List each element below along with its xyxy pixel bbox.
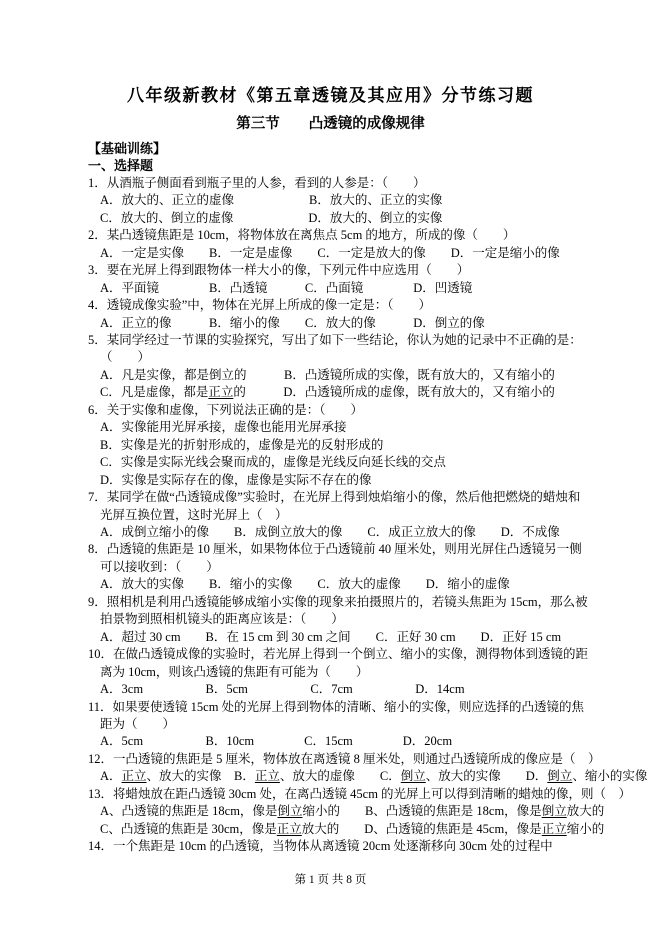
underlined-keyword: 正立 — [542, 822, 567, 836]
document-page: 八年级新教材《第五章透镜及其应用》分节练习题 第三节 凸透镜的成像规律 【基础训… — [0, 0, 661, 935]
text-segment: A．平面镜 B．凸透镜 C．凸面镜 D．凹透镜 — [100, 281, 472, 295]
question-line: 6．关于实像和虚像，下列说法正确的是：（ ） — [88, 402, 661, 419]
text-segment: A．实像能用光屏承接，虚像也能用光屏承接 — [100, 420, 347, 434]
underlined-keyword: 正立 — [122, 769, 147, 783]
option-line: A．成倒立缩小的像 B．成倒立放大的像 C．成正立放大的像 D．不成像 — [88, 524, 661, 541]
text-segment: 2．某凸透镜焦距是 10cm，将物体放在离焦点 5cm 的地方，所成的像（ ） — [88, 228, 515, 242]
underlined-keyword: 倒立 — [542, 804, 567, 818]
question-line: 11．如果要使透镜 15cm 处的光屏上得到物体的清晰、缩小的实像，则应选择的凸… — [88, 699, 661, 716]
page-footer: 第 1 页 共 8 页 — [0, 871, 661, 887]
text-segment: 距为（ ） — [100, 717, 175, 731]
option-line: A．一定是实像 B．一定是虚像 C．一定是放大的像 D．一定是缩小的像 — [88, 245, 661, 262]
text-segment: A．一定是实像 B．一定是虚像 C．一定是放大的像 D．一定是缩小的像 — [100, 246, 560, 260]
text-segment: A．放大的实像 B．缩小的实像 C．放大的虚像 D．缩小的虚像 — [100, 577, 510, 591]
text-segment: 10．在做凸透镜成像的实验时，若光屏上得到一个倒立、缩小的实像，测得物体到透镜的… — [88, 647, 588, 661]
underlined-keyword: 倒立 — [401, 769, 426, 783]
question-line: 4．透镜成像实验”中，物体在光屏上所成的像一定是：（ ） — [88, 297, 661, 314]
text-segment: D．实像是实际存在的像，虚像是实际不存在的像 — [100, 473, 372, 487]
text-segment: 、放大的实像 D． — [426, 769, 548, 783]
text-segment: 9．照相机是利用凸透镜能够成缩小实像的现象来拍摄照片的，若镜头焦距为 15cm，… — [88, 595, 588, 609]
option-line: A．超过 30 cm B．在 15 cm 到 30 cm 之间 C．正好 30 … — [88, 629, 661, 646]
heading-line: 【基础训练】 — [88, 140, 661, 157]
question-line: 1．从酒瓶子侧面看到瓶子里的人参，看到的人参是：（ ） — [88, 175, 661, 192]
question-line: 14．一个焦距是 10cm 的凸透镜，当物体从离透镜 20cm 处逐渐移向 30… — [88, 838, 661, 855]
option-line: 距为（ ） — [88, 716, 661, 733]
option-line: A．凡是实像，都是倒立的 B．凸透镜所成的实像，既有放大的，又有缩小的 — [88, 367, 661, 384]
text-segment: （ ） — [100, 350, 150, 364]
text-segment: 3．要在光屏上得到跟物体一样大小的像，下列元件中应选用（ ） — [88, 263, 469, 277]
question-line: 8．凸透镜的焦距是 10 厘米，如果物体位于凸透镜前 40 厘米处，则用光屏住凸… — [88, 541, 661, 558]
option-line: A．实像能用光屏承接，虚像也能用光屏承接 — [88, 419, 661, 436]
text-segment: 、放大的实像 B． — [147, 769, 255, 783]
text-segment: 6．关于实像和虚像，下列说法正确的是：（ ） — [88, 403, 363, 417]
text-segment: 缩小的 B、凸透镜的焦距是 18cm，像是 — [302, 804, 541, 818]
option-line: A．5cm B．10cm C．15cm D．20cm — [88, 733, 661, 750]
heading-line: 一、选择题 — [88, 157, 661, 174]
section-title: 第三节 凸透镜的成像规律 — [0, 114, 661, 134]
option-line: A、凸透镜的焦距是 18cm，像是倒立缩小的 B、凸透镜的焦距是 18cm，像是… — [88, 803, 661, 820]
option-line: A．平面镜 B．凸透镜 C．凸面镜 D．凹透镜 — [88, 280, 661, 297]
option-line: 可以接收到：（ ） — [88, 559, 661, 576]
option-line: C．放大的、倒立的虚像 D．放大的、倒立的实像 — [88, 210, 661, 227]
underlined-keyword: 倒立 — [277, 804, 302, 818]
text-segment: 离为 10cm，则该凸透镜的焦距有可能为（ ） — [100, 665, 368, 679]
option-line: C、凸透镜的焦距是 30cm，像是正立放大的 D、凸透镜的焦距是 45cm，像是… — [88, 821, 661, 838]
option-line: D．实像是实际存在的像，虚像是实际不存在的像 — [88, 472, 661, 489]
text-segment: A．放大的、正立的虚像 B．放大的、正立的实像 — [100, 193, 442, 207]
option-line: A．正立的像 B．缩小的像 C．放大的像 D．倒立的像 — [88, 315, 661, 332]
document-body: 【基础训练】一、选择题1．从酒瓶子侧面看到瓶子里的人参，看到的人参是：（ ）A．… — [88, 140, 661, 856]
question-line: 3．要在光屏上得到跟物体一样大小的像，下列元件中应选用（ ） — [88, 262, 661, 279]
underlined-keyword: 正立 — [277, 822, 302, 836]
text-segment: A．正立的像 B．缩小的像 C．放大的像 D．倒立的像 — [100, 316, 485, 330]
text-segment: 4．透镜成像实验”中，物体在光屏上所成的像一定是：（ ） — [88, 298, 431, 312]
underlined-keyword: 正立 — [255, 769, 280, 783]
option-line: 光屏互换位置，这时光屏上（ ） — [88, 507, 661, 524]
text-segment: 放大的 — [567, 804, 605, 818]
question-line: 10．在做凸透镜成像的实验时，若光屏上得到一个倒立、缩小的实像，测得物体到透镜的… — [88, 646, 661, 663]
text-segment: 一、选择题 — [88, 158, 153, 173]
text-segment: 12．一凸透镜的焦距是 5 厘米，物体放在离透镜 8 厘米处，则通过凸透镜所成的… — [88, 752, 601, 766]
question-line: 7．某同学在做“凸透镜成像”实验时，在光屏上得到烛焰缩小的像，然后他把燃烧的蜡烛… — [88, 489, 661, 506]
question-line: 12．一凸透镜的焦距是 5 厘米，物体放在离透镜 8 厘米处，则通过凸透镜所成的… — [88, 751, 661, 768]
text-segment: C．凡是虚像，都是 — [100, 385, 208, 399]
text-segment: 的 D．凸透镜所成的虚像，既有放大的，又有缩小的 — [233, 385, 555, 399]
text-segment: 拍景物到照相机镜头的距离应该是：（ ） — [100, 612, 344, 626]
option-line: 拍景物到照相机镜头的距离应该是：（ ） — [88, 611, 661, 628]
underlined-keyword: 正立 — [208, 385, 233, 399]
text-segment: B．实像是光的折射形成的，虚像是光的反射形成的 — [100, 438, 383, 452]
question-line: 2．某凸透镜焦距是 10cm，将物体放在离焦点 5cm 的地方，所成的像（ ） — [88, 227, 661, 244]
text-segment: 1．从酒瓶子侧面看到瓶子里的人参，看到的人参是：（ ） — [88, 176, 426, 190]
text-segment: 7．某同学在做“凸透镜成像”实验时，在光屏上得到烛焰缩小的像，然后他把燃烧的蜡烛… — [88, 490, 580, 504]
question-line: 5．某同学经过一节课的实验探究，写出了如下一些结论，你认为她的记录中不正确的是： — [88, 332, 661, 349]
text-segment: A、凸透镜的焦距是 18cm，像是 — [100, 804, 277, 818]
text-segment: C．实像是实际光线会聚而成的，虚像是光线反向延长线的交点 — [100, 455, 446, 469]
text-segment: 缩小的 — [567, 822, 605, 836]
question-line: 9．照相机是利用凸透镜能够成缩小实像的现象来拍摄照片的，若镜头焦距为 15cm，… — [88, 594, 661, 611]
underlined-keyword: 倒立 — [547, 769, 572, 783]
text-segment: 可以接收到：（ ） — [100, 560, 219, 574]
text-segment: A．3cm B．5cm C．7cm D．14cm — [100, 682, 465, 696]
text-segment: C、凸透镜的焦距是 30cm，像是 — [100, 822, 277, 836]
text-segment: A． — [100, 769, 122, 783]
text-segment: 13．将蜡烛放在距凸透镜 30cm 处，在离凸透镜 45cm 的光屏上可以得到清… — [88, 787, 631, 801]
text-segment: 放大的 D、凸透镜的焦距是 45cm，像是 — [302, 822, 542, 836]
text-segment: 光屏互换位置，这时光屏上（ ） — [100, 508, 288, 522]
text-segment: 5．某同学经过一节课的实验探究，写出了如下一些结论，你认为她的记录中不正确的是： — [88, 333, 582, 347]
text-segment: 8．凸透镜的焦距是 10 厘米，如果物体位于凸透镜前 40 厘米处，则用光屏住凸… — [88, 542, 582, 556]
text-segment: A．成倒立缩小的像 B．成倒立放大的像 C．成正立放大的像 D．不成像 — [100, 525, 560, 539]
document-title: 八年级新教材《第五章透镜及其应用》分节练习题 — [0, 0, 661, 108]
option-line: C．凡是虚像，都是正立的 D．凸透镜所成的虚像，既有放大的，又有缩小的 — [88, 384, 661, 401]
option-line: 离为 10cm，则该凸透镜的焦距有可能为（ ） — [88, 664, 661, 681]
text-segment: C．放大的、倒立的虚像 D．放大的、倒立的实像 — [100, 211, 442, 225]
text-segment: 14．一个焦距是 10cm 的凸透镜，当物体从离透镜 20cm 处逐渐移向 30… — [88, 839, 553, 853]
option-line: C．实像是实际光线会聚而成的，虚像是光线反向延长线的交点 — [88, 454, 661, 471]
question-line: 13．将蜡烛放在距凸透镜 30cm 处，在离凸透镜 45cm 的光屏上可以得到清… — [88, 786, 661, 803]
text-segment: 、放大的虚像 C． — [280, 769, 401, 783]
text-segment: A．凡是实像，都是倒立的 B．凸透镜所成的实像，既有放大的，又有缩小的 — [100, 368, 555, 382]
option-line: A．放大的实像 B．缩小的实像 C．放大的虚像 D．缩小的虚像 — [88, 576, 661, 593]
option-line: A．3cm B．5cm C．7cm D．14cm — [88, 681, 661, 698]
text-segment: A．5cm B．10cm C．15cm D．20cm — [100, 734, 452, 748]
text-segment: 11．如果要使透镜 15cm 处的光屏上得到物体的清晰、缩小的实像，则应选择的凸… — [88, 700, 584, 714]
text-segment: A．超过 30 cm B．在 15 cm 到 30 cm 之间 C．正好 30 … — [100, 630, 561, 644]
option-line: B．实像是光的折射形成的，虚像是光的反射形成的 — [88, 437, 661, 454]
option-line: （ ） — [88, 349, 661, 366]
option-line: A．正立、放大的实像 B．正立、放大的虚像 C．倒立、放大的实像 D．倒立、缩小… — [88, 768, 661, 785]
text-segment: 【基础训练】 — [88, 141, 166, 156]
text-segment: 、缩小的实像 — [572, 769, 647, 783]
option-line: A．放大的、正立的虚像 B．放大的、正立的实像 — [88, 192, 661, 209]
